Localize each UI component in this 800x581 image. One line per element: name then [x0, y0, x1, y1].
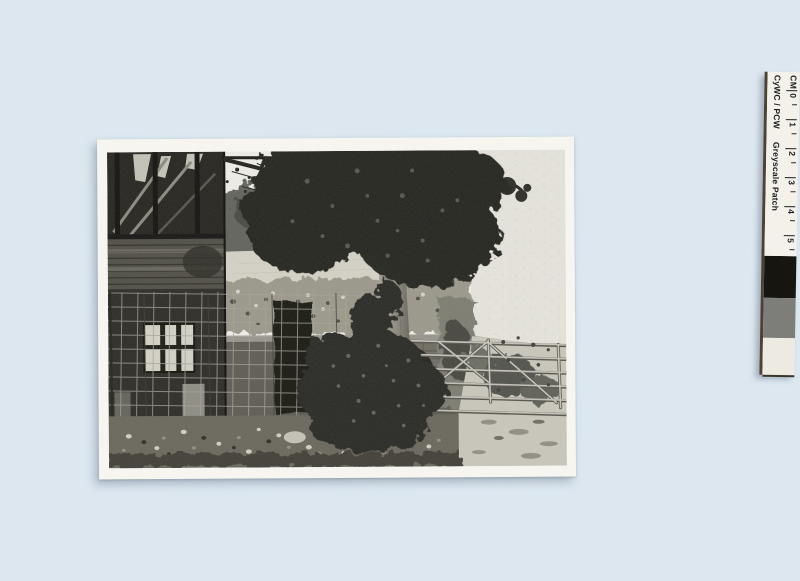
cm-mark: 0: [786, 90, 798, 119]
patch-label: Greyscale Patch: [770, 142, 781, 211]
photograph-image: [107, 150, 567, 469]
cm-unit-label: CM: [788, 75, 797, 89]
cm-mark: 5: [783, 235, 795, 256]
org-label: CyWC / PCW: [772, 75, 783, 129]
cm-mark: 4: [784, 206, 796, 235]
greyscale-patch-black: [764, 256, 797, 299]
calibration-label: CM 0 1 2 3 4 5 CyWC / PCW Greyscale Patc…: [764, 72, 799, 257]
cm-mark: 1: [785, 119, 797, 148]
cm-mark: 3: [784, 177, 796, 206]
greyscale-patch-grey: [763, 298, 796, 339]
scanner-bed: CM 0 1 2 3 4 5 CyWC / PCW Greyscale Patc…: [0, 0, 800, 581]
strip-caption: CyWC / PCW Greyscale Patch: [769, 75, 782, 256]
greyscale-patch-white: [762, 338, 795, 378]
photograph-print: [97, 137, 576, 480]
cm-mark: 2: [785, 148, 797, 177]
calibration-strip: CM 0 1 2 3 4 5 CyWC / PCW Greyscale Patc…: [759, 72, 799, 376]
cm-ruler: CM 0 1 2 3 4 5: [781, 75, 797, 256]
